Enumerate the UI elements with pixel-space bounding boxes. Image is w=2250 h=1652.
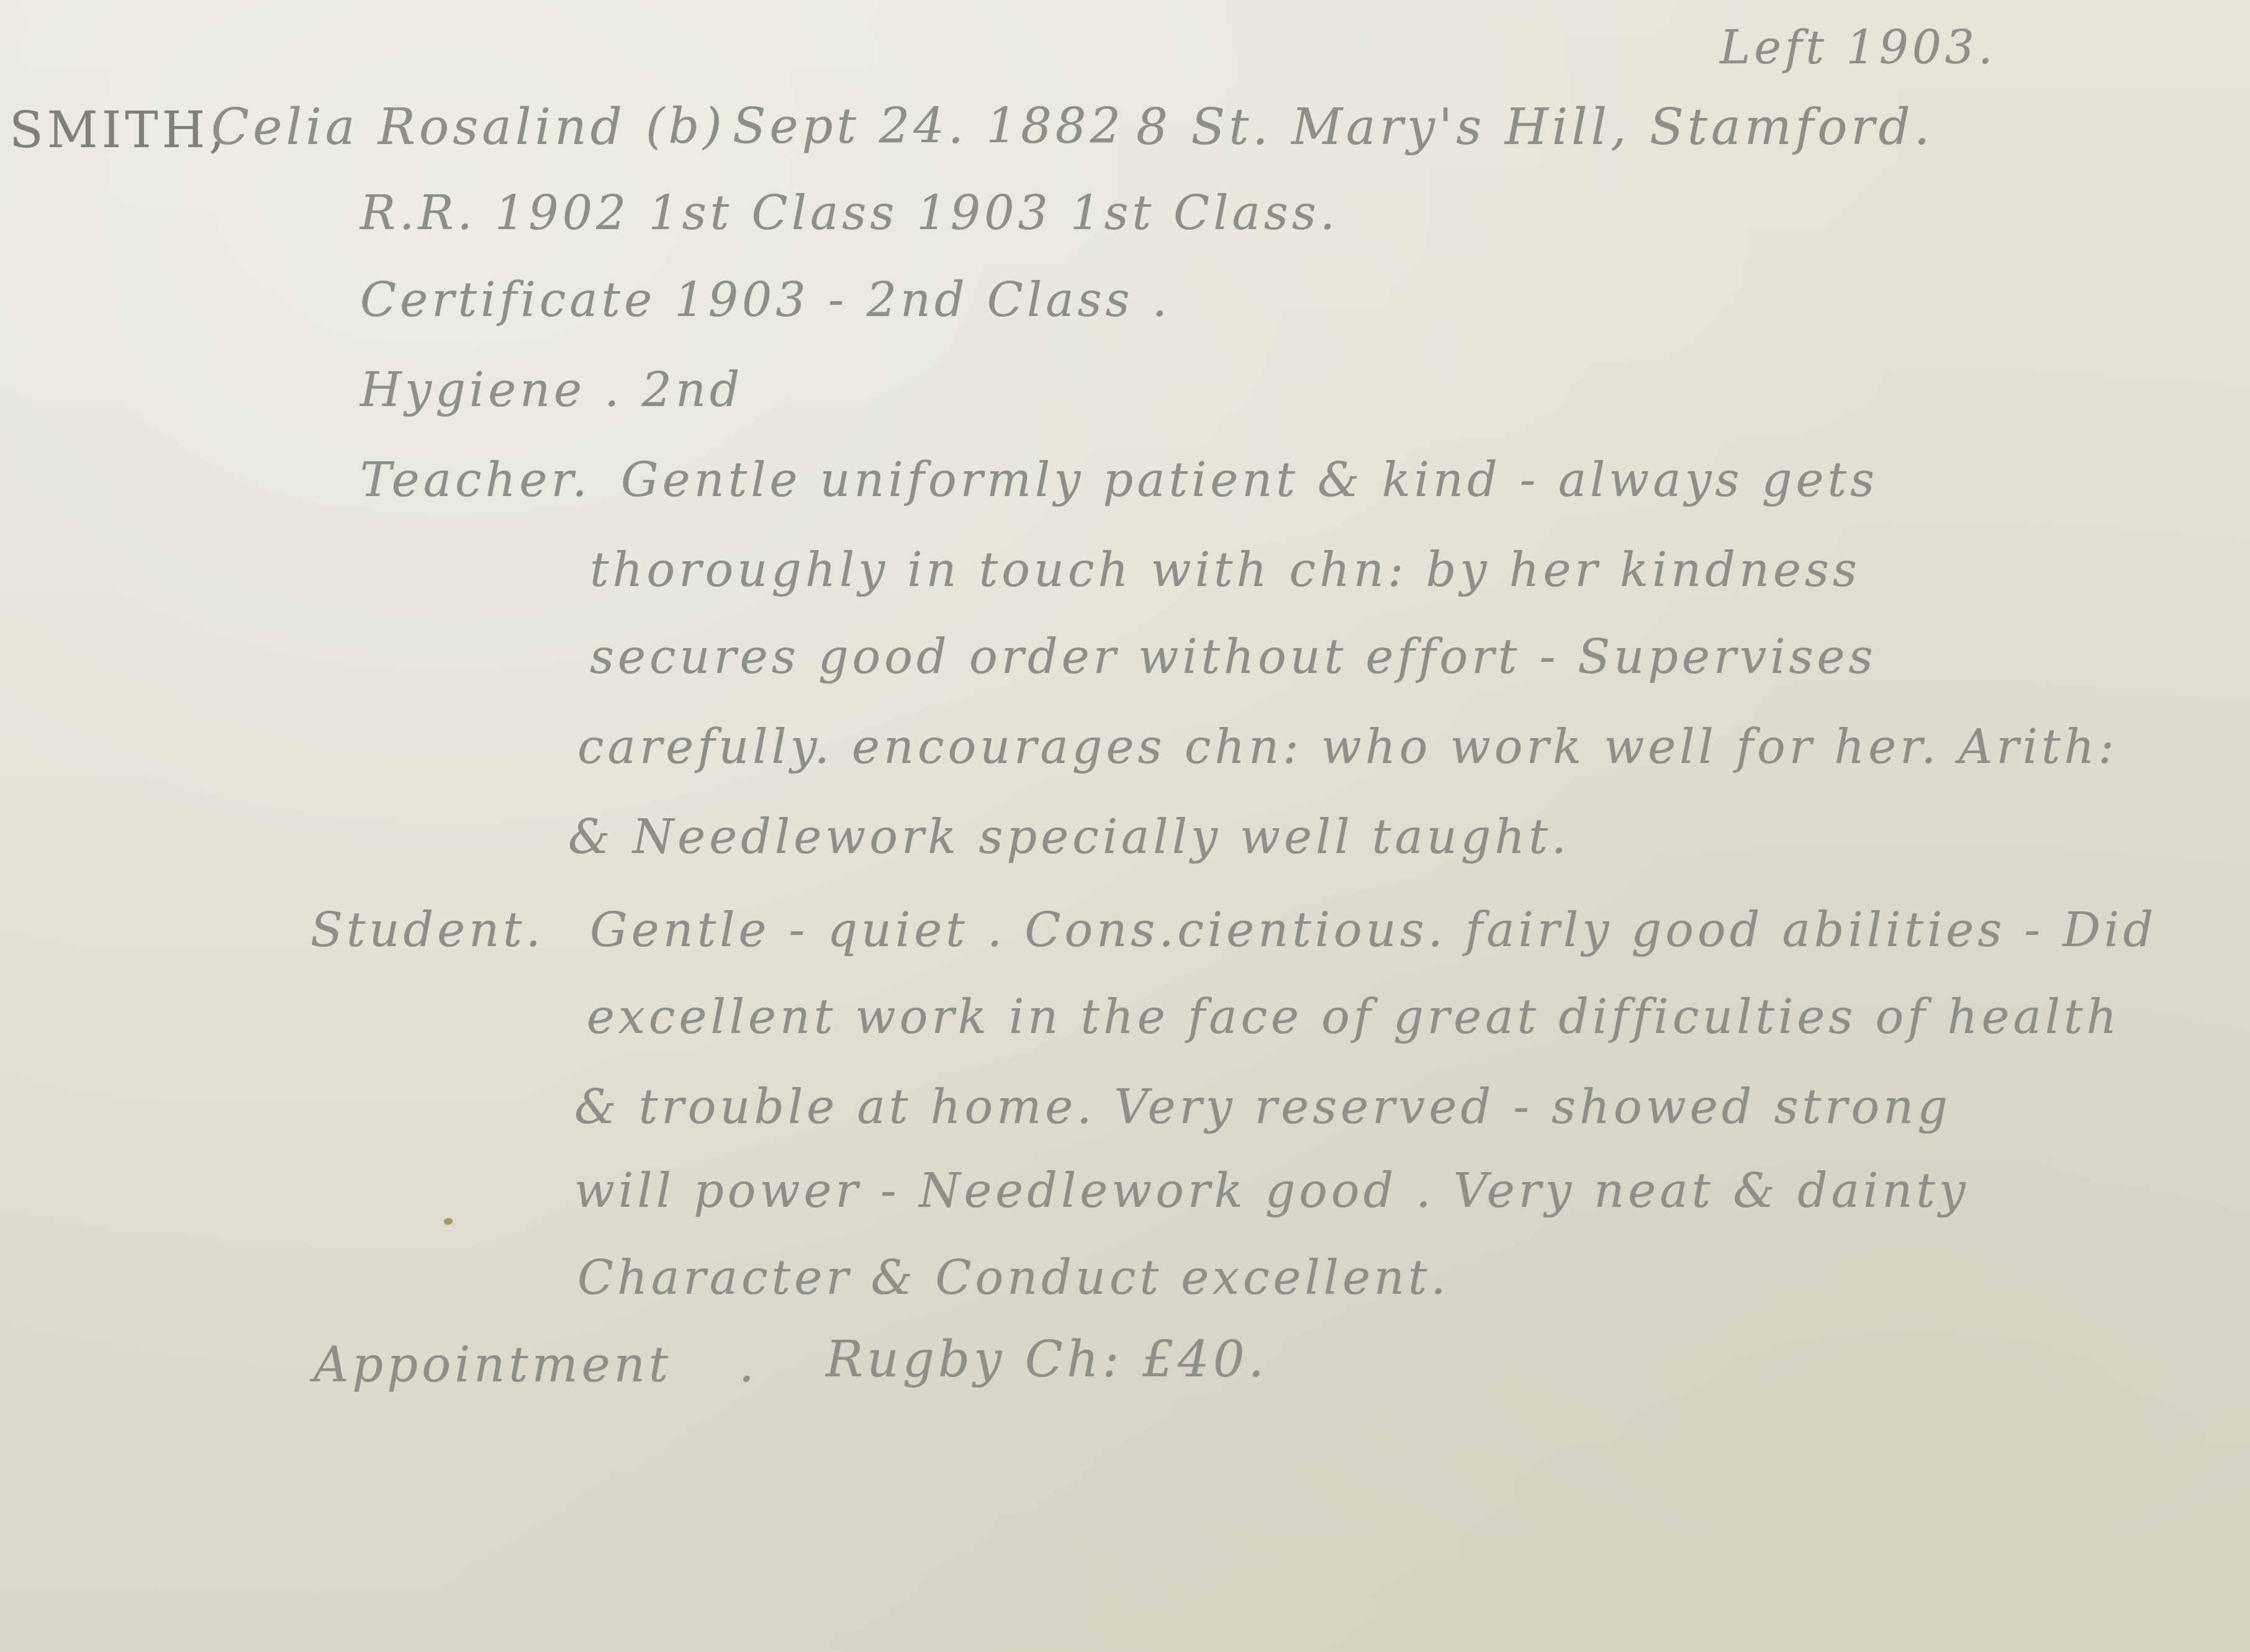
teacher-label: Teacher. — [360, 456, 591, 503]
appointment-label: Appointment — [314, 1341, 672, 1389]
birth-date: Sept 24. 1882 — [733, 102, 1124, 151]
teacher-line: carefully. encourages chn: who work well… — [577, 723, 2118, 770]
address: 8 St. Mary's Hill, Stamford. — [1136, 102, 1933, 152]
given-names: Celia Rosalind — [211, 102, 626, 152]
appointment-value: Rugby Ch: £40. — [826, 1335, 1268, 1384]
certificate-result: Certificate 1903 - 2nd Class . — [360, 276, 1171, 323]
birth-marker: (b) — [646, 102, 726, 151]
teacher-line: thoroughly in touch with chn: by her kin… — [590, 546, 1861, 594]
teacher-line: & Needlework specially well taught. — [568, 813, 1570, 860]
surname: SMITH, — [9, 106, 228, 155]
student-line: excellent work in the face of great diff… — [587, 993, 2121, 1040]
student-line: will power - Needlework good . Very neat… — [574, 1167, 1969, 1214]
teacher-line: secures good order without effort - Supe… — [590, 633, 1876, 680]
record-page: Left 1903. SMITH, Celia Rosalind (b) Sep… — [0, 0, 2250, 1652]
teacher-line: Gentle uniformly patient & kind - always… — [621, 456, 1878, 503]
paper-speck — [444, 1218, 453, 1225]
student-line: & trouble at home. Very reserved - showe… — [574, 1083, 1951, 1131]
appointment-separator: . — [739, 1341, 758, 1389]
student-line: Character & Conduct excellent. — [577, 1254, 1450, 1301]
left-date: Left 1903. — [1720, 25, 1996, 71]
student-line: Gentle - quiet . Cons.cientious. fairly … — [590, 906, 2157, 954]
rr-results: R.R. 1902 1st Class 1903 1st Class. — [360, 189, 1339, 237]
student-label: Student. — [310, 906, 544, 954]
hygiene-result: Hygiene . 2nd — [360, 366, 744, 413]
